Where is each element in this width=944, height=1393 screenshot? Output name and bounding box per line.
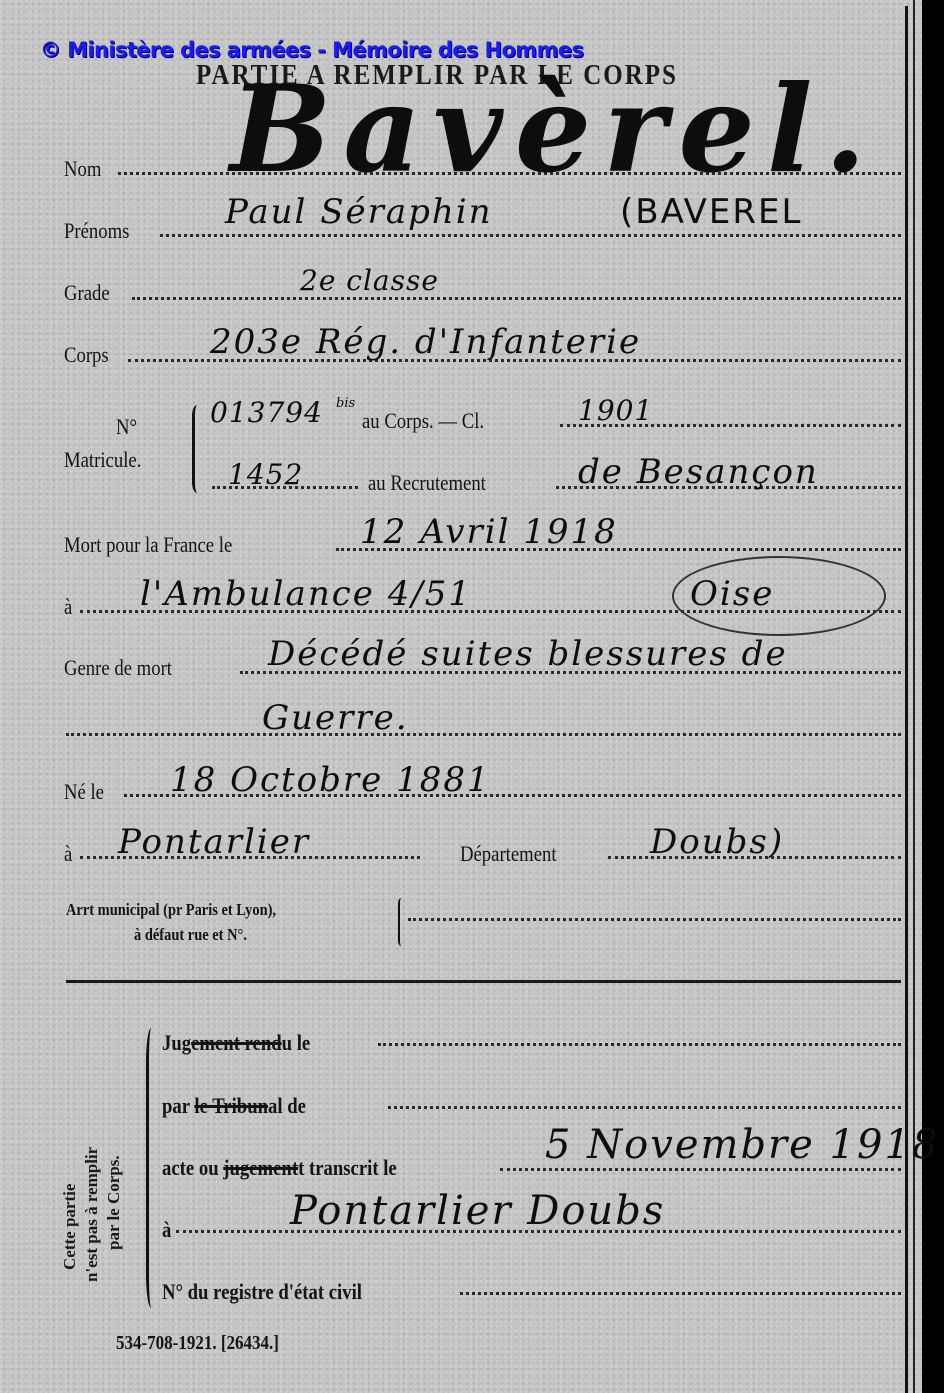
ne-a-value: Pontarlier: [118, 822, 310, 862]
matricule-label: Matricule.: [64, 447, 141, 473]
arrondissement-brace: [398, 898, 406, 946]
form-reference-code: 534-708-1921. [26434.]: [116, 1332, 279, 1355]
classe-value: 1901: [578, 394, 653, 427]
side-note: Cette partie n'est pas à remplir par le …: [60, 1060, 140, 1270]
departement-label: Département: [460, 841, 557, 867]
mort-a-value: l'Ambulance 4/51: [140, 574, 472, 614]
side-note-line-3: par le Corps.: [104, 1155, 124, 1250]
matricule-brace: [192, 405, 205, 493]
section2-brace: [146, 1028, 159, 1308]
transcrit-value: 5 Novembre 1918: [545, 1122, 939, 1168]
jugement-line: [378, 1043, 901, 1046]
grade-line: [132, 297, 901, 300]
lieu-value: Pontarlier Doubs: [290, 1188, 665, 1234]
mort-le-value: 12 Avril 1918: [360, 512, 618, 552]
genre-mort-label: Genre de mort: [64, 655, 172, 681]
matricule-corps-number: 013794: [210, 396, 323, 429]
au-recrutement-label: au Recrutement: [368, 470, 486, 496]
side-note-line-2: n'est pas à remplir: [82, 1147, 102, 1282]
matricule-label-no: N°: [116, 414, 137, 440]
lieu-label: à: [162, 1217, 171, 1243]
ne-le-value: 18 Octobre 1881: [170, 760, 491, 800]
prenoms-line: [160, 234, 901, 237]
mort-a-annotation: Oise: [690, 574, 774, 614]
arrondissement-label-1: Arrt municipal (pr Paris et Lyon),: [66, 900, 276, 920]
recrutement-number: 1452: [228, 458, 303, 491]
corps-label: Corps: [64, 342, 109, 368]
arrondissement-label-2: à défaut rue et N°.: [134, 925, 247, 945]
au-corps-label: au Corps. — Cl.: [362, 408, 484, 434]
corps-value: 203e Rég. d'Infanterie: [210, 322, 641, 362]
grade-value: 2e classe: [300, 264, 439, 297]
mort-le-label: Mort pour la France le: [64, 532, 232, 558]
ne-a-label: à: [64, 841, 72, 867]
nom-value: Bavèrel.: [230, 70, 878, 190]
tribunal-line: [388, 1106, 901, 1109]
genre-mort-value-1: Décédé suites blessures de: [268, 634, 788, 674]
grade-label: Grade: [64, 280, 110, 306]
death-record-card: © Ministère des armées - Mémoire des Hom…: [0, 0, 922, 1393]
transcrit-line: [500, 1168, 901, 1171]
genre-mort-value-2: Guerre.: [262, 698, 409, 738]
transcrit-label: acte ou jugementt transcrit le: [162, 1155, 397, 1181]
ne-le-label: Né le: [64, 779, 104, 805]
registre-line: [460, 1292, 901, 1295]
mort-a-label: à: [64, 594, 72, 620]
section-separator: [66, 980, 901, 983]
border-rule: [905, 6, 908, 1393]
matricule-corps-suffix: bis: [336, 396, 355, 411]
registre-label: N° du registre d'état civil: [162, 1279, 362, 1305]
copyright-watermark: © Ministère des armées - Mémoire des Hom…: [40, 38, 583, 62]
prenoms-value: Paul Séraphin: [225, 192, 493, 232]
arrondissement-line: [408, 918, 901, 921]
departement-value: Doubs): [650, 822, 784, 862]
recrutement-place: de Besançon: [578, 452, 819, 492]
prenoms-label: Prénoms: [64, 218, 129, 244]
border-rule: [913, 0, 915, 1393]
genre-mort-line-2: [66, 733, 901, 736]
prenoms-annotation: (BAVEREL: [620, 192, 802, 232]
side-note-line-1: Cette partie: [60, 1184, 80, 1270]
tribunal-label: par le Tribunal de: [162, 1093, 306, 1119]
nom-label: Nom: [64, 156, 101, 182]
jugement-label: Jugement rendu le: [162, 1030, 310, 1056]
